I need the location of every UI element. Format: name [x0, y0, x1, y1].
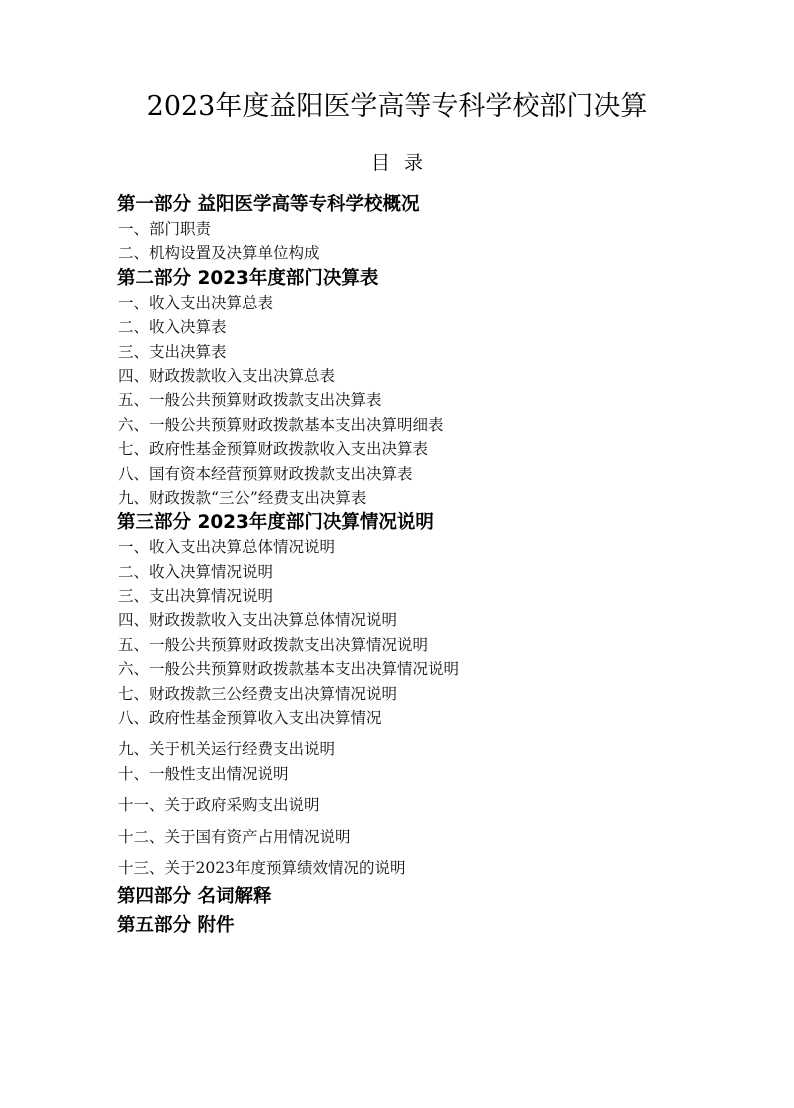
toc-item[interactable]: 一、收入支出决算总表: [117, 291, 737, 315]
toc-item[interactable]: 九、财政拨款“三公”经费支出决算表: [117, 486, 737, 510]
toc-item[interactable]: 一、收入支出决算总体情况说明: [117, 535, 737, 559]
toc-item[interactable]: 二、收入决算情况说明: [117, 560, 737, 584]
toc-item[interactable]: 一、部门职责: [117, 217, 737, 241]
toc-item[interactable]: 八、政府性基金预算收入支出决算情况: [117, 706, 737, 730]
toc-item[interactable]: 七、财政拨款三公经费支出决算情况说明: [117, 682, 737, 706]
toc-item[interactable]: 八、国有资本经营预算财政拨款支出决算表: [117, 462, 737, 486]
toc-heading: 目 录: [0, 148, 794, 175]
toc-part-2[interactable]: 第二部分 2023年度部门决算表: [117, 266, 737, 291]
toc-item[interactable]: 五、一般公共预算财政拨款支出决算表: [117, 388, 737, 412]
toc-part-5[interactable]: 第五部分 附件: [117, 913, 737, 938]
table-of-contents: 第一部分 益阳医学高等专科学校概况 一、部门职责 二、机构设置及决算单位构成 第…: [117, 192, 737, 938]
toc-item[interactable]: 六、一般公共预算财政拨款基本支出决算情况说明: [117, 657, 737, 681]
toc-item[interactable]: 十二、关于国有资产占用情况说明: [117, 825, 737, 849]
toc-item[interactable]: 三、支出决算表: [117, 340, 737, 364]
toc-item[interactable]: 七、政府性基金预算财政拨款收入支出决算表: [117, 437, 737, 461]
document-page: 2023年度益阳医学高等专科学校部门决算 目 录 第一部分 益阳医学高等专科学校…: [0, 0, 794, 1108]
toc-item[interactable]: 四、财政拨款收入支出决算总体情况说明: [117, 608, 737, 632]
toc-item[interactable]: 九、关于机关运行经费支出说明: [117, 737, 737, 761]
toc-item[interactable]: 十、一般性支出情况说明: [117, 762, 737, 786]
toc-part-3[interactable]: 第三部分 2023年度部门决算情况说明: [117, 510, 737, 535]
toc-item[interactable]: 二、机构设置及决算单位构成: [117, 241, 737, 265]
toc-item[interactable]: 三、支出决算情况说明: [117, 584, 737, 608]
document-title: 2023年度益阳医学高等专科学校部门决算: [0, 84, 794, 123]
toc-item[interactable]: 四、财政拨款收入支出决算总表: [117, 364, 737, 388]
toc-item[interactable]: 十三、关于2023年度预算绩效情况的说明: [117, 856, 737, 880]
toc-item[interactable]: 二、收入决算表: [117, 315, 737, 339]
toc-part-4[interactable]: 第四部分 名词解释: [117, 884, 737, 909]
toc-item[interactable]: 五、一般公共预算财政拨款支出决算情况说明: [117, 633, 737, 657]
toc-part-1[interactable]: 第一部分 益阳医学高等专科学校概况: [117, 192, 737, 217]
toc-item[interactable]: 十一、关于政府采购支出说明: [117, 793, 737, 817]
toc-item[interactable]: 六、一般公共预算财政拨款基本支出决算明细表: [117, 413, 737, 437]
